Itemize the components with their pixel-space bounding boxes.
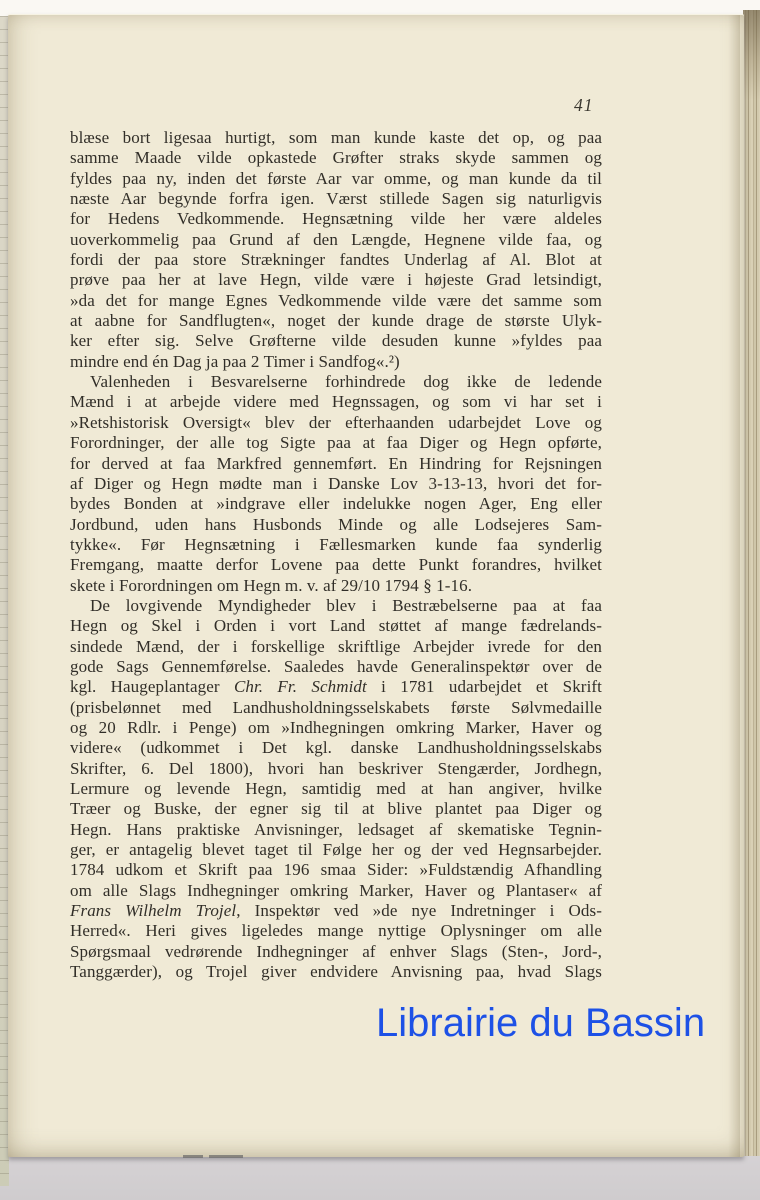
- book-fore-edge: [743, 10, 760, 1156]
- person-name-italic: Frans Wilhelm Trojel: [70, 901, 236, 920]
- text-line: Skrifter, 6. Del 1800), hvori han beskri…: [70, 759, 602, 779]
- text-line: fordi der paa store Strækninger fandtes …: [70, 250, 602, 270]
- text-line: Frans Wilhelm Trojel, Inspektør ved »de …: [70, 901, 602, 921]
- text-line: 1784 udkom et Skrift paa 196 smaa Sider:…: [70, 860, 602, 880]
- text-line: Mænd i at arbejde videre med Hegnssagen,…: [70, 392, 602, 412]
- text-line: prøve paa her at lave Hegn, vilde være i…: [70, 270, 602, 290]
- page-number: 41: [574, 95, 614, 116]
- text-line: Hegn. Hans praktiske Anvisninger, ledsag…: [70, 820, 602, 840]
- text-line: for derved at faa Markfred gennemført. E…: [70, 454, 602, 474]
- text-line: Lermure og levende Hegn, samtidig med at…: [70, 779, 602, 799]
- page-edge-mark: [183, 1155, 203, 1158]
- text-line: »Retshistorisk Oversigt« blev der efterh…: [70, 413, 602, 433]
- text-line: Fremgang, maatte derfor Lovene paa dette…: [70, 555, 602, 575]
- text-line: blæse bort ligesaa hurtigt, som man kund…: [70, 128, 602, 148]
- text-line: for Hedens Vedkommende. Hegnsætning vild…: [70, 209, 602, 229]
- text-line: tykke«. Før Hegnsætning i Fællesmarken k…: [70, 535, 602, 555]
- text-segment: i 1781 udarbejdet et Skrift: [367, 677, 602, 696]
- text-line: gode Sags Gennemførelse. Saaledes havde …: [70, 657, 602, 677]
- text-line: Herred«. Heri gives ligeledes mange nytt…: [70, 921, 602, 941]
- page-edge-mark: [209, 1155, 243, 1158]
- text-line: videre« (udkommet i Det kgl. danske Land…: [70, 738, 602, 758]
- text-line: ker efter sig. Selve Grøfterne vilde des…: [70, 331, 602, 351]
- text-line: Valenheden i Besvarelserne forhindrede d…: [70, 372, 602, 392]
- page-text: blæse bort ligesaa hurtigt, som man kund…: [70, 128, 602, 982]
- text-line: fyldes paa ny, inden det første Aar var …: [70, 169, 602, 189]
- text-line: uoverkommelig paa Grund af den Længde, H…: [70, 230, 602, 250]
- text-line: »da det for mange Egnes Vedkommende vild…: [70, 291, 602, 311]
- text-line: samme Maade vilde opkastede Grøfter stra…: [70, 148, 602, 168]
- text-line: Jordbund, uden hans Husbonds Minde og al…: [70, 515, 602, 535]
- text-line: Træer og Buske, der egner sig til at bli…: [70, 799, 602, 819]
- text-line: skete i Forordningen om Hegn m. v. af 29…: [70, 576, 602, 596]
- text-line: at aabne for Sandflugten«, noget der kun…: [70, 311, 602, 331]
- bookseller-watermark: Librairie du Bassin: [376, 1001, 705, 1046]
- book-photo: 41 blæse bort ligesaa hurtigt, som man k…: [0, 0, 760, 1200]
- text-line: næste Aar begynde forfra igen. Værst sti…: [70, 189, 602, 209]
- text-line: mindre end én Dag ja paa 2 Timer i Sandf…: [70, 352, 602, 372]
- text-line: bydes Bonden at »indgrave eller indelukk…: [70, 494, 602, 514]
- text-line: kgl. Haugeplantager Chr. Fr. Schmidt i 1…: [70, 677, 602, 697]
- text-line: Hegn og Skel i Orden i vort Land støttet…: [70, 616, 602, 636]
- text-line: De lovgivende Myndigheder blev i Bestræb…: [70, 596, 602, 616]
- text-segment: , Inspektør ved »de nye Indretninger i O…: [236, 901, 602, 920]
- text-line: ger, er antagelig blevet taget til Følge…: [70, 840, 602, 860]
- text-line: Tanggærder), og Trojel giver endvidere A…: [70, 962, 602, 982]
- text-line: sindede Mænd, der i forskellige skriftli…: [70, 637, 602, 657]
- text-line: Forordninger, der alle tog Sigte paa at …: [70, 433, 602, 453]
- text-segment: kgl. Haugeplantager: [70, 677, 234, 696]
- text-line: om alle Slags Indhegninger omkring Marke…: [70, 881, 602, 901]
- text-line: (prisbelønnet med Landhusholdningsselska…: [70, 698, 602, 718]
- person-name-italic: Chr. Fr. Schmidt: [234, 677, 367, 696]
- text-line: af Diger og Hegn mødte man i Danske Lov …: [70, 474, 602, 494]
- text-line: og 20 Rdlr. i Penge) om »Indhegningen om…: [70, 718, 602, 738]
- book-page: 41 blæse bort ligesaa hurtigt, som man k…: [8, 14, 744, 1157]
- text-line: Spørgsmaal vedrørende Indhegninger af en…: [70, 942, 602, 962]
